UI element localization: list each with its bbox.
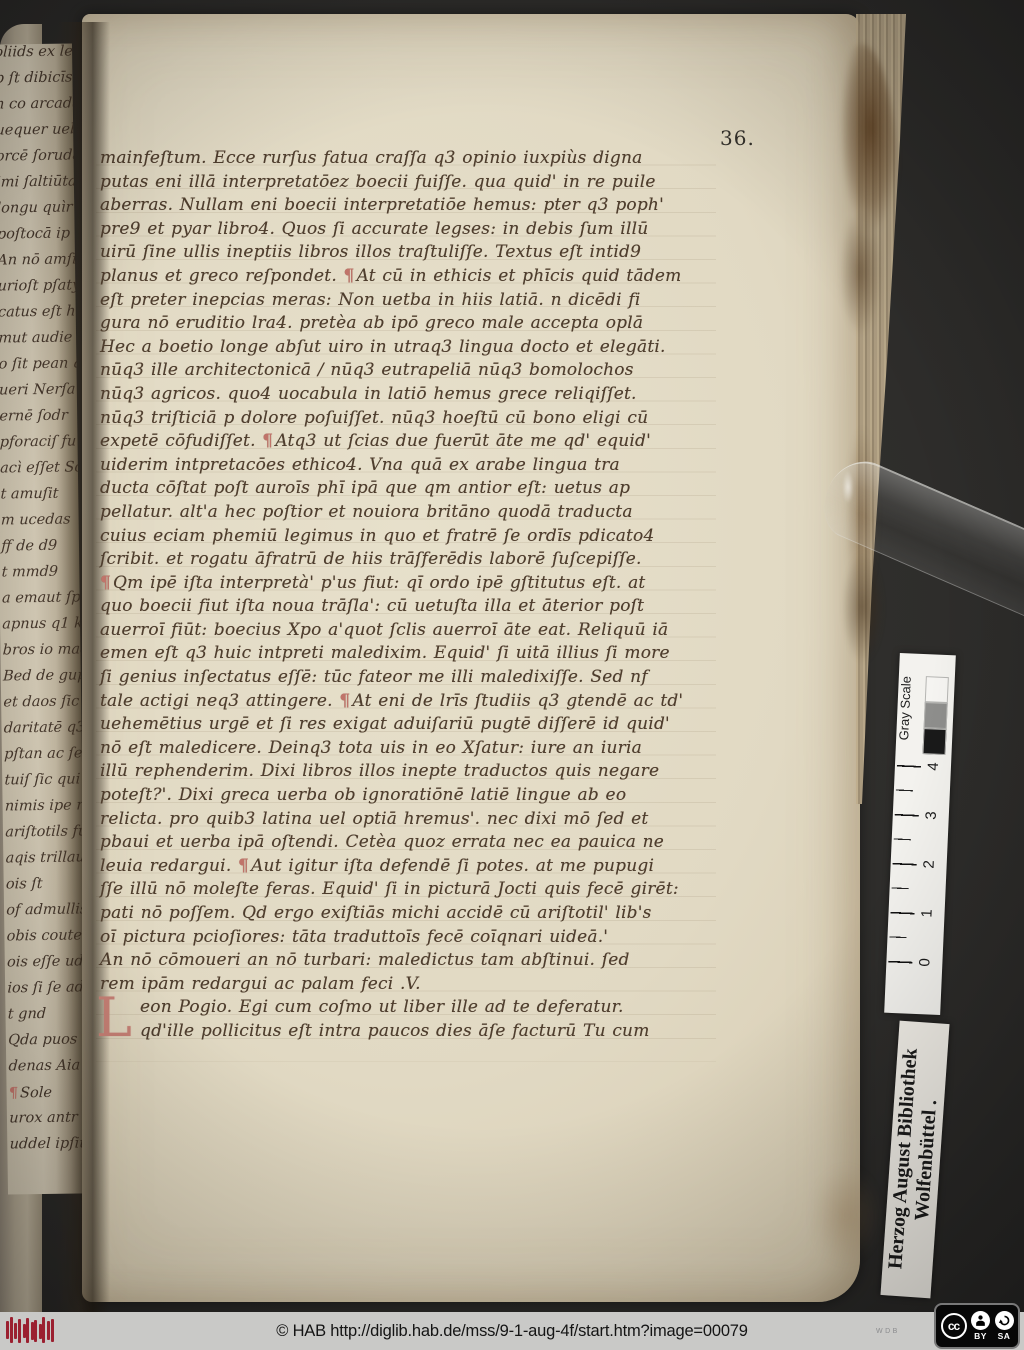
manuscript-line: relicta. pro quib3 latina uel optiā hrem… [100, 809, 700, 833]
manuscript-textblock: mainfeſtum. Ecce rurſus fatua craſſa q3 … [100, 148, 700, 1045]
facing-page-line: urioſt pſaty [0, 277, 76, 304]
digitized-manuscript-scan: oliids ex leamp ſt dibicīsn co arcadamue… [0, 0, 1024, 1350]
manuscript-line: cuius eciam phemiū legimus in quo et fra… [100, 526, 700, 550]
facing-page-line: imi ſaltiūta [0, 173, 74, 200]
facing-page-line: uequer uebir [0, 121, 74, 148]
cc-license-badge[interactable]: cc BY SA [934, 1303, 1020, 1349]
manuscript-line: expetē cōfudiſſet. ¶Atq3 ut ſcias due fu… [100, 431, 700, 455]
gray-scale-label: Gray Scale [895, 653, 924, 764]
gray-swatch [925, 676, 949, 703]
registration-mark-bar [10, 1317, 13, 1343]
cc-logo-icon: cc [941, 1313, 967, 1339]
facing-page-line: ¶Sole [6, 1083, 87, 1110]
facing-page-line: t gnd [5, 1005, 86, 1032]
facing-page-line: denas Aia [6, 1057, 87, 1084]
facing-page-line: ff de d9 [0, 537, 80, 564]
ruler-number: 4 [925, 757, 944, 776]
ruler-ticks-major [888, 765, 921, 966]
manuscript-line: tale actigi neq3 attingere. ¶At eni de l… [100, 691, 700, 715]
facing-page-line: pforaciſ fu [0, 433, 78, 460]
manuscript-line: eſt preter inepcias meras: Non uetba in … [100, 290, 700, 314]
facing-page-line: orcē ſorudaſi [0, 147, 74, 174]
manuscript-line: nūq3 ille architectonicā / nūq3 eutrapel… [100, 360, 700, 384]
gray-scale-ruler: Gray Scale 43210 [884, 653, 956, 1015]
facing-page-line: catus eſt h [0, 303, 76, 330]
manuscript-line: ſſe illū nō moleſte feras. Equid' ſi in … [100, 879, 700, 903]
facing-page-line: uddel ipſius [7, 1135, 88, 1162]
facing-page-line: p ſt dibicīs [0, 69, 73, 96]
manuscript-line: nō eſt maledicere. Deinq3 tota uis in eo… [100, 738, 700, 762]
manuscript-line: pbaui et uerba ipā oſtendi. Cetèa quoz e… [100, 832, 700, 856]
manuscript-line: qd'ille pollicitus eſt intra paucos dies… [100, 1021, 700, 1045]
registration-mark-bar [6, 1321, 9, 1339]
facing-page-line: apnus q1 k [0, 615, 81, 642]
manuscript-line: gura nō eruditio lra4. pretèa ab ipō gre… [100, 313, 700, 337]
gray-swatch [924, 702, 948, 729]
ruler-number: 2 [920, 855, 939, 874]
manuscript-line: putas eni illā interpretatōez boecii fui… [100, 172, 700, 196]
facing-page-line: An nō amſi [0, 251, 76, 278]
manuscript-line: poteſt?'. Dixi greca uerba ob ignoratiōn… [100, 785, 700, 809]
manuscript-line: illū rephenderim. Dixi libros illos inep… [100, 761, 700, 785]
facing-page-line: t amuſit [0, 485, 79, 512]
facing-page-line: ois ſt [3, 875, 84, 902]
manuscript-line: uirū ſine ullis ineptiis libros illos tr… [100, 242, 700, 266]
manuscript-line: uehemētius urgē et ſi res exigat aduiſar… [100, 714, 700, 738]
facing-page-text-strip: oliids ex leamp ſt dibicīsn co arcadamue… [0, 43, 88, 1194]
facing-page-line: tuiſ ſic qui al [2, 771, 83, 798]
facing-page-line: ios ſi ſe ad [5, 979, 86, 1006]
gray-swatch [922, 728, 946, 755]
manuscript-line: pre9 et pyar libro4. Quos ſi accurate le… [100, 219, 700, 243]
manuscript-line: An nō cōmoueri an nō turbari: maledictus… [100, 950, 700, 974]
facing-page-line: longu quìr [0, 199, 75, 226]
facing-page-line: urox antr [7, 1109, 88, 1136]
manuscript-line: nūq3 agricos. quo4 uocabula in latiō hem… [100, 384, 700, 408]
plexiglass-glint [840, 464, 856, 510]
facing-page-line: pſtan ac ſe [1, 745, 82, 772]
manuscript-line: pellatur. alt'a hec poſtior et nouiora b… [100, 502, 700, 526]
manuscript-line: ſcribit. et rogatu āfratrū de hiis trāſf… [100, 549, 700, 573]
manuscript-line: nūq3 triſticiā p dolore poſuiſſet. nūq3 … [100, 408, 700, 432]
facing-page-line: acì eſſet So [0, 459, 78, 486]
facing-page-line: ernē ſodr [0, 407, 78, 434]
manuscript-line: Hec a boetio longe abſut uiro in utraq3 … [100, 337, 700, 361]
manuscript-line: ducta cōſtat poſt auroīs phī ipā que qm … [100, 478, 700, 502]
facing-page-line: ois eſſe ude ſt [4, 953, 85, 980]
manuscript-line: quo boecii fiut iſta noua trāſla': cū ue… [100, 596, 700, 620]
facing-page-line: aqis trillauer [3, 849, 84, 876]
library-label: Herzog August Bibliothek Wolfenbüttel . [880, 1021, 949, 1299]
facing-page-line: oliids ex leam [0, 43, 73, 70]
cc-sa-arrow-icon [995, 1311, 1014, 1330]
facing-page-line: n co arcadam [0, 95, 73, 122]
cc-by-label: BY [974, 1331, 987, 1341]
facing-page-line: of admullis [4, 901, 85, 928]
manuscript-line: uiderim intpretacōes ethico4. Vna quā ex… [100, 455, 700, 479]
rubricated-initial: L [96, 994, 132, 1042]
facing-page-line: mut audie r [0, 329, 77, 356]
wdb-watermark: WDB [876, 1328, 900, 1335]
manuscript-line: pati nō poſſem. Qd ergo exiſtiās michi a… [100, 903, 700, 927]
manuscript-line: auerroī fiūt: boecius Xpo a'quot ſclis a… [100, 620, 700, 644]
facing-page-line: daritatē q3 [1, 719, 82, 746]
facing-page-line: Qda puos [5, 1031, 86, 1058]
gray-scale-swatches [922, 676, 948, 755]
ruler-number: 0 [916, 953, 935, 972]
manuscript-line: leuia redargui. ¶Aut igitur iſta defendē… [100, 856, 700, 880]
ruler-number: 1 [918, 904, 937, 923]
manuscript-line: aberras. Nullam eni boecii interpretatiō… [100, 195, 700, 219]
folio-number: 36. [720, 126, 755, 150]
cc-by-person-icon [971, 1311, 990, 1330]
manuscript-line: ſi genius inſectatus eſſē: tūc fateor me… [100, 667, 700, 691]
facing-page-line: Bed de gupb [0, 667, 81, 694]
manuscript-line: planus et greco reſpondet. ¶At cū in eth… [100, 266, 700, 290]
attribution-url: © HAB http://diglib.hab.de/mss/9-1-aug-4… [15, 1321, 1008, 1341]
manuscript-line: rem ipām redargui ac palam feci .V. [100, 974, 700, 998]
ruler-number: 3 [922, 806, 941, 825]
manuscript-line: eon Pogio. Egi cum coſmo ut liber ille a… [100, 997, 700, 1021]
footer-bar: © HAB http://diglib.hab.de/mss/9-1-aug-4… [0, 1312, 1024, 1350]
facing-page-line: o ſit pean q [0, 355, 77, 382]
facing-page-line: bros io mado [0, 641, 81, 668]
facing-page-line: obis couteret [4, 927, 85, 954]
cc-sa-label: SA [998, 1331, 1011, 1341]
facing-page-line: t mmd9 [0, 563, 80, 590]
facing-page-line: ueri Nerſa [0, 381, 77, 408]
facing-page-line: nimis ipe no [2, 797, 83, 824]
facing-page-line: a emaut ſpo [0, 589, 80, 616]
manuscript-line: mainfeſtum. Ecce rurſus fatua craſſa q3 … [100, 148, 700, 172]
facing-page-line: et daos ſic [1, 693, 82, 720]
manuscript-line: emen eſt q3 huic intpreti maledixim. Equ… [100, 643, 700, 667]
manuscript-line: ¶Qm ipē iſta interpretà' p'us fiut: qī o… [100, 573, 700, 597]
manuscript-line: oī pictura pcioſiores: tāta traduttoīs f… [100, 927, 700, 951]
facing-page-line: m ucedas [0, 511, 79, 538]
facing-page-line: poſtocā ip [0, 225, 75, 252]
facing-page-line: ariſtotils fue [3, 823, 84, 850]
